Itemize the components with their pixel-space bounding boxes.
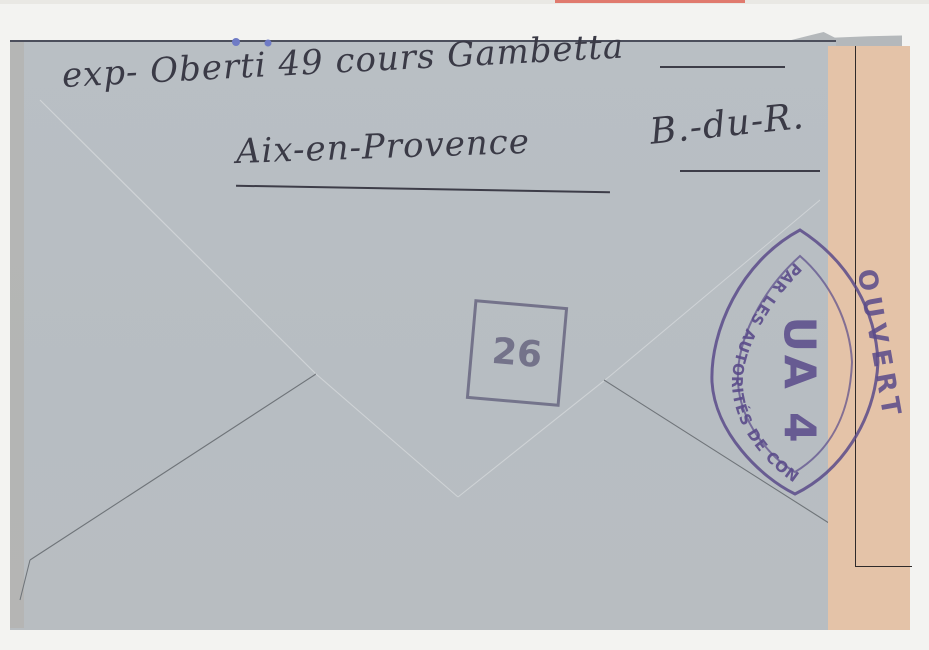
department-underline	[680, 170, 820, 172]
box-stamp-number: 26	[490, 330, 543, 375]
censor-code: UA 4	[774, 316, 825, 446]
numbered-box-stamp: 26	[466, 299, 568, 407]
ink-stroke	[660, 66, 785, 68]
